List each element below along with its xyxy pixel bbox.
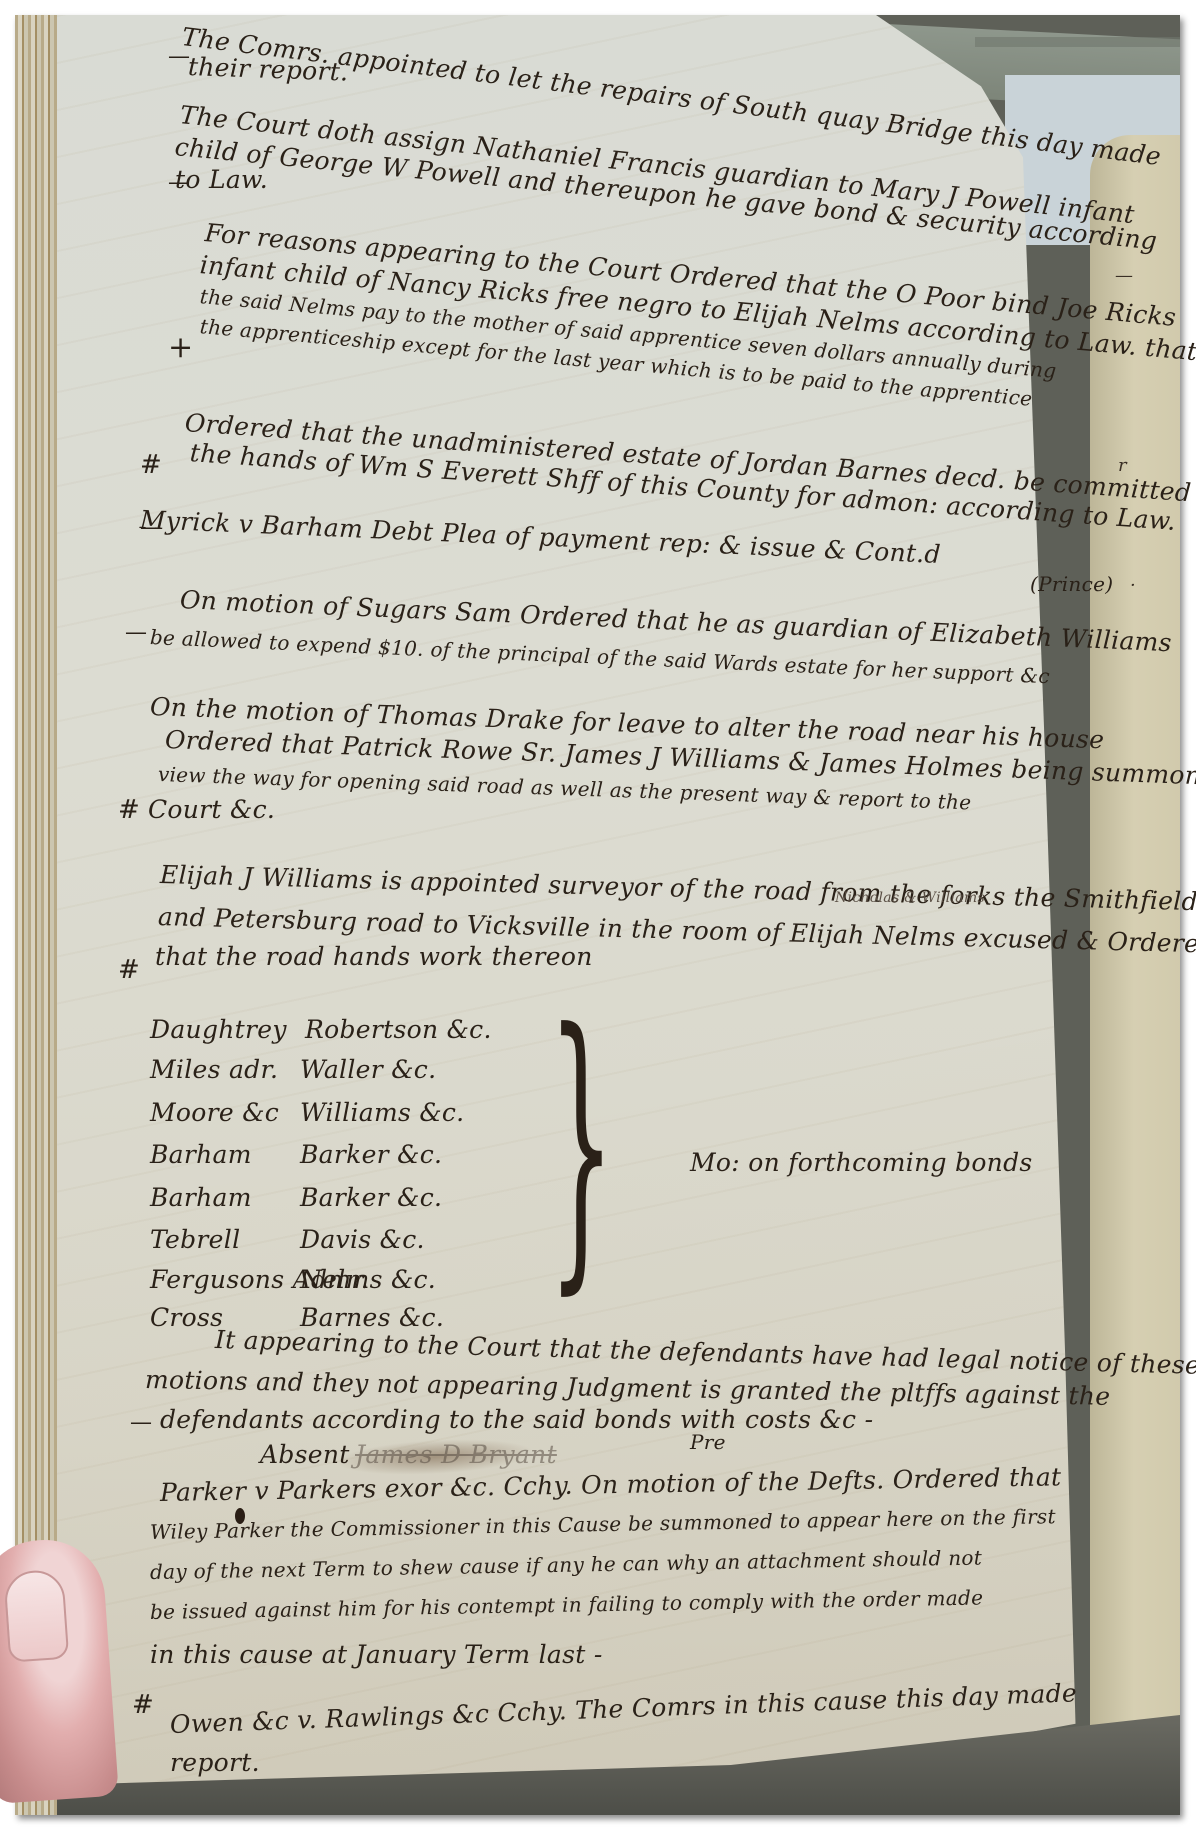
margin-hash: #	[132, 1690, 154, 1720]
margin-hash: #	[118, 795, 140, 825]
case-plaintiff: Daughtrey	[150, 1015, 287, 1044]
margin-dash: —	[125, 620, 147, 645]
margin-hash: #	[140, 450, 162, 480]
absent-label: Absent	[260, 1440, 350, 1469]
case-plaintiff: Moore &c	[150, 1098, 279, 1127]
case-plaintiff: Cross	[150, 1303, 223, 1332]
entry-line: defendants according to the said bonds w…	[160, 1405, 873, 1434]
interlineation: Nicholas & Williams	[835, 890, 985, 906]
entry-line: their report.	[187, 52, 348, 87]
case-defendant: Waller &c.	[300, 1055, 436, 1084]
case-defendant: Davis &c.	[300, 1225, 425, 1254]
case-plaintiff: Miles adr.	[150, 1055, 278, 1084]
absent-name: James D Bryant	[355, 1440, 557, 1469]
entry-line: report.	[170, 1748, 260, 1777]
case-defendant: Barker &c.	[300, 1183, 442, 1212]
entry-line: Court &c.	[148, 795, 275, 824]
margin-hash: #	[118, 955, 140, 985]
entry-line: that the road hands work thereon	[155, 942, 593, 971]
entry-line: in this cause at January Term last -	[150, 1640, 603, 1669]
margin-cross: +	[168, 330, 193, 365]
case-defendant: Williams &c.	[300, 1098, 464, 1127]
folder-stripe	[975, 37, 1180, 47]
margin-dash: —	[168, 44, 190, 69]
curly-brace: }	[548, 1010, 566, 1300]
case-defendant: Nelms &c.	[300, 1265, 436, 1294]
case-plaintiff: Barham	[150, 1140, 252, 1169]
margin-dash: —	[140, 515, 162, 540]
case-defendant: Barker &c.	[300, 1140, 442, 1169]
thumbnail	[3, 1569, 69, 1663]
entry-note: (Prince)	[1030, 572, 1113, 596]
case-plaintiff: Tebrell	[150, 1225, 240, 1254]
case-plaintiff: Barham	[150, 1183, 252, 1212]
bracket-note: Mo: on forthcoming bonds	[690, 1148, 1033, 1177]
margin-dash: —	[168, 170, 190, 195]
absent-suffix: Pre	[690, 1430, 726, 1454]
margin-dash: —	[130, 1410, 152, 1435]
case-defendant: Robertson &c.	[305, 1015, 492, 1044]
